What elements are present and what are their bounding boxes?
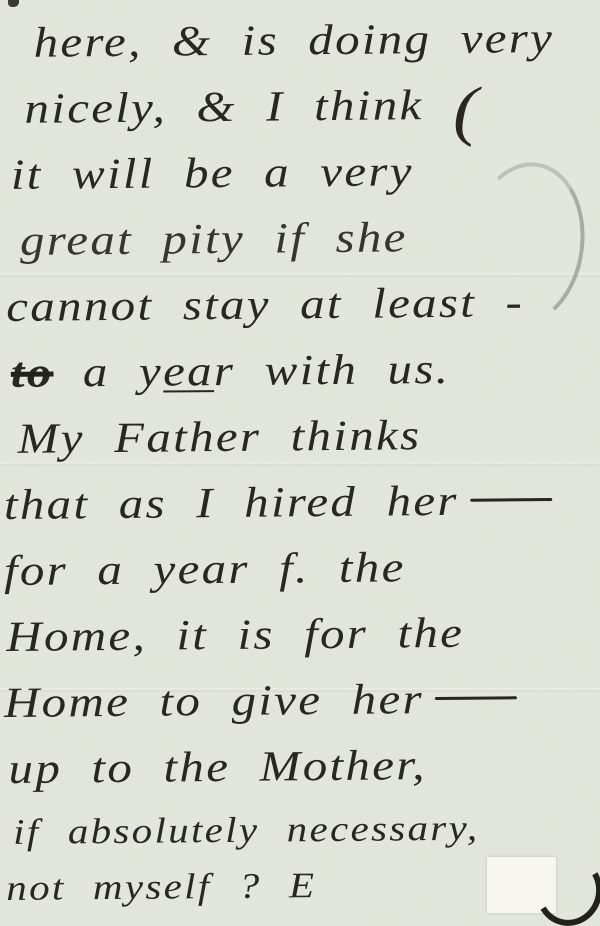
underlined-letters: ea bbox=[163, 348, 214, 395]
handwriting-text: Home, it is for the bbox=[6, 610, 465, 661]
handwriting-text: great pity if she bbox=[20, 214, 408, 265]
handwriting-line: nicely, & I think ( bbox=[4, 74, 600, 146]
handwriting-text: a y bbox=[53, 349, 163, 397]
trailing-stroke bbox=[435, 696, 517, 700]
handwriting-line: here, & is doing very bbox=[4, 8, 600, 80]
handwriting-text: if absolutely necessary, bbox=[13, 808, 480, 852]
handwriting-line: up to the Mother, bbox=[4, 734, 600, 806]
handwriting-text: it will be a very bbox=[11, 148, 415, 199]
handwriting-line: cannot stay at least - bbox=[4, 272, 600, 344]
trailing-stroke bbox=[470, 498, 552, 502]
handwriting-text: up to the Mother, bbox=[8, 742, 427, 793]
handwriting-text: nicely, & I think bbox=[24, 82, 453, 133]
handwriting-text: My Father thinks bbox=[17, 412, 421, 463]
handwriting-line: My Father thinks bbox=[4, 404, 600, 476]
letter-page: here, & is doing verynicely, & I think (… bbox=[0, 0, 600, 926]
handwriting-line: to a year with us. bbox=[4, 338, 600, 410]
paren-mark: ( bbox=[452, 75, 480, 148]
handwriting-text: cannot stay at least - bbox=[6, 279, 524, 331]
handwriting-text: for a year f. the bbox=[4, 544, 406, 595]
handwriting-line: great pity if she bbox=[4, 206, 600, 278]
handwriting-text: Home to give her bbox=[4, 676, 424, 727]
handwriting-line: Home to give her bbox=[4, 668, 600, 740]
ink-blot bbox=[8, 0, 19, 7]
handwriting-text: r with us. bbox=[214, 346, 451, 395]
handwriting-text: that as I hired her bbox=[4, 478, 459, 529]
handwriting-text: not myself ? E bbox=[6, 865, 317, 908]
handwriting-line: if absolutely necessary, bbox=[4, 800, 600, 862]
handwriting-line: that as I hired her bbox=[4, 470, 600, 542]
handwriting-line: Home, it is for the bbox=[4, 602, 600, 674]
handwriting-line: for a year f. the bbox=[4, 536, 600, 608]
handwriting-text: here, & is doing very bbox=[33, 15, 554, 67]
struck-word: to bbox=[11, 350, 54, 397]
handwriting-lines: here, & is doing verynicely, & I think (… bbox=[4, 14, 600, 918]
handwriting-line: it will be a very bbox=[4, 140, 600, 212]
